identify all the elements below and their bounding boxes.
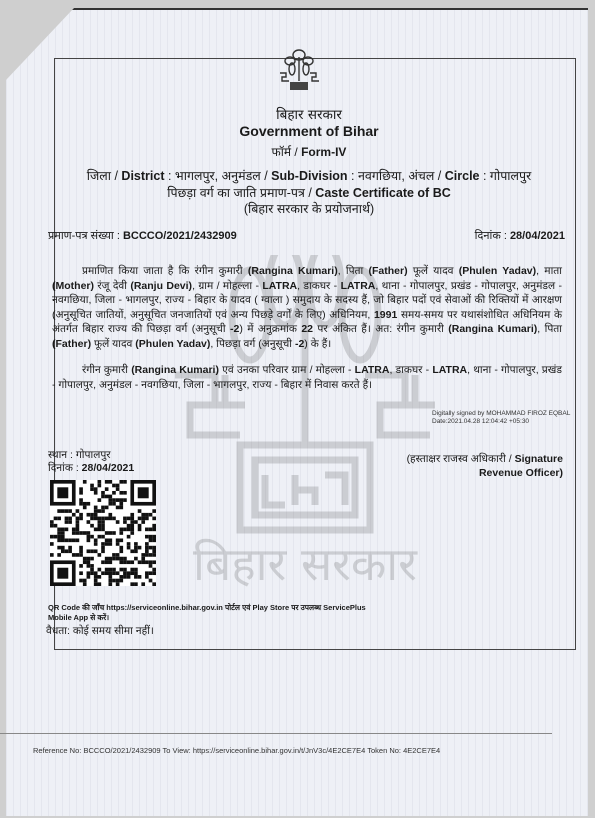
paragraph-fragment: , डाकघर - <box>297 280 340 292</box>
district-label-en: District <box>121 169 164 183</box>
jurisdiction-line: जिला / District : भागलपुर, अनुमंडल / Sub… <box>48 167 570 184</box>
certificate-title-english: Caste Certificate of BC <box>315 186 450 200</box>
paragraph-fragment: , डाकघर - <box>389 364 432 376</box>
footer-divider <box>0 733 552 734</box>
certificate-title-hindi: पिछड़ा वर्ग का जाति प्रमाण-पत्र / <box>167 186 315 200</box>
signature-title: Revenue Officer) <box>407 466 563 480</box>
footer-date-value: 28/04/2021 <box>82 462 135 474</box>
paragraph-fragment: , पिछड़ा वर्ग (अनुसूची <box>210 338 295 350</box>
certificate-number-label: प्रमाण-पत्र संख्या : <box>48 230 123 242</box>
paragraph-fragment: LATRA <box>355 364 390 376</box>
place-label: स्थान : <box>48 449 76 461</box>
qr-note-line1: QR Code की जाँच https://serviceonline.bi… <box>48 603 378 613</box>
paragraph-fragment: पर अंकित हैं। अत: रंगीन कुमारी <box>313 323 448 335</box>
paragraph-fragment: , पिता <box>537 323 562 335</box>
paragraph-fragment: फूलें यादव <box>408 265 459 277</box>
form-label-hindi: फॉर्म / <box>272 145 302 159</box>
place: स्थान : गोपालपुर <box>48 449 134 462</box>
form-label: फॉर्म / Form-IV <box>48 143 570 160</box>
paragraph-fragment: (Rangina Kumari) <box>131 364 219 376</box>
paragraph-fragment: रंगीन कुमारी <box>82 364 131 376</box>
paragraph-fragment: प्रमाणित किया जाता है कि रंगीन कुमारी <box>82 265 248 277</box>
place-value: गोपालपुर <box>76 449 111 461</box>
issue-date-value: 28/04/2021 <box>510 230 565 242</box>
hindi-title: बिहार सरकार <box>48 105 570 123</box>
paragraph-fragment: -2 <box>230 323 239 335</box>
paragraph-fragment: (Ranju Devi) <box>130 280 192 292</box>
paragraph-fragment: 1991 <box>374 309 397 321</box>
paragraph-fragment: LATRA <box>262 280 297 292</box>
circle-label-en: Circle <box>445 169 480 183</box>
reference-line: Reference No: BCCCO/2021/2432909 To View… <box>33 746 440 755</box>
circle-value: : गोपालपुर <box>480 169 532 183</box>
issue-date: दिनांक : 28/04/2021 <box>475 228 565 243</box>
subdivision-value: : नवगछिया, <box>348 169 409 183</box>
paragraph-fragment: LATRA <box>432 364 467 376</box>
paragraph-fragment: एवं उनका परिवार ग्राम / मोहल्ला - <box>219 364 355 376</box>
paragraph-fragment: -2 <box>295 338 304 350</box>
subdivision-label-hi: अनुमंडल / <box>222 169 272 183</box>
certification-paragraph: प्रमाणित किया जाता है कि रंगीन कुमारी (R… <box>52 264 562 352</box>
qr-note-line2: Mobile App से करें। <box>48 613 378 623</box>
qr-code-icon[interactable] <box>50 480 156 586</box>
paragraph-fragment: रंजू देवी <box>94 280 130 292</box>
issue-date-label: दिनांक : <box>475 230 510 242</box>
paragraph-fragment: ) में अनुक्रमांक <box>239 323 301 335</box>
paragraph-fragment: 22 <box>301 323 313 335</box>
place-date-block: स्थान : गोपालपुर दिनांक : 28/04/2021 <box>48 449 134 475</box>
english-title: Government of Bihar <box>48 123 570 139</box>
qr-verification-note: QR Code की जाँच https://serviceonline.bi… <box>48 603 378 623</box>
paragraph-fragment: फूलें यादव <box>91 338 135 350</box>
digital-signature: Digitally signed by MOHAMMAD FIROZ EQBAL… <box>432 410 570 426</box>
signature-label-hindi: (हस्ताक्षर राजस्व अधिकारी / <box>407 453 515 465</box>
certificate-title: पिछड़ा वर्ग का जाति प्रमाण-पत्र / Caste … <box>48 184 570 201</box>
circle-label-hi: अंचल / <box>408 169 444 183</box>
footer-date: दिनांक : 28/04/2021 <box>48 462 134 475</box>
validity-text: वैधता: कोई समय सीमा नहीं। <box>46 624 154 638</box>
paragraph-fragment: , माता <box>536 265 562 277</box>
paragraph-fragment: (Phulen Yadav) <box>135 338 210 350</box>
paragraph-fragment: , ग्राम / मोहल्ला - <box>192 280 262 292</box>
signature-block: (हस्ताक्षर राजस्व अधिकारी / Signature Re… <box>407 452 563 480</box>
digital-signature-date: Date:2021.04.28 12:04:42 +05:30 <box>432 418 570 426</box>
paragraph-fragment: (Rangina Kumari) <box>448 323 537 335</box>
signature-label-english: Signature <box>515 453 563 465</box>
paragraph-fragment: ) के हैं। <box>304 338 331 350</box>
paragraph-fragment: (Rangina Kumari) <box>248 265 338 277</box>
paragraph-fragment: (Mother) <box>52 280 94 292</box>
bihar-government-emblem-icon <box>277 47 321 93</box>
paragraph-fragment: (Father) <box>369 265 408 277</box>
paragraph-fragment: LATRA <box>341 280 376 292</box>
certificate-purpose: (बिहार सरकार के प्रयोजनार्थ) <box>48 200 570 217</box>
certificate-number-value: BCCCO/2021/2432909 <box>123 230 237 242</box>
form-label-english: Form-IV <box>301 145 346 159</box>
paragraph-fragment: (Phulen Yadav) <box>459 265 536 277</box>
certificate-number: प्रमाण-पत्र संख्या : BCCCO/2021/2432909 <box>48 228 237 243</box>
paragraph-fragment: (Father) <box>52 338 91 350</box>
digital-signature-signer: Digitally signed by MOHAMMAD FIROZ EQBAL <box>432 410 570 418</box>
district-value: : भागलपुर, <box>165 169 222 183</box>
subdivision-label-en: Sub-Division <box>271 169 347 183</box>
paragraph-fragment: , पिता <box>338 265 369 277</box>
district-label-hi: जिला / <box>87 169 122 183</box>
footer-date-label: दिनांक : <box>48 462 82 474</box>
residence-paragraph: रंगीन कुमारी (Rangina Kumari) एवं उनका प… <box>52 363 562 392</box>
